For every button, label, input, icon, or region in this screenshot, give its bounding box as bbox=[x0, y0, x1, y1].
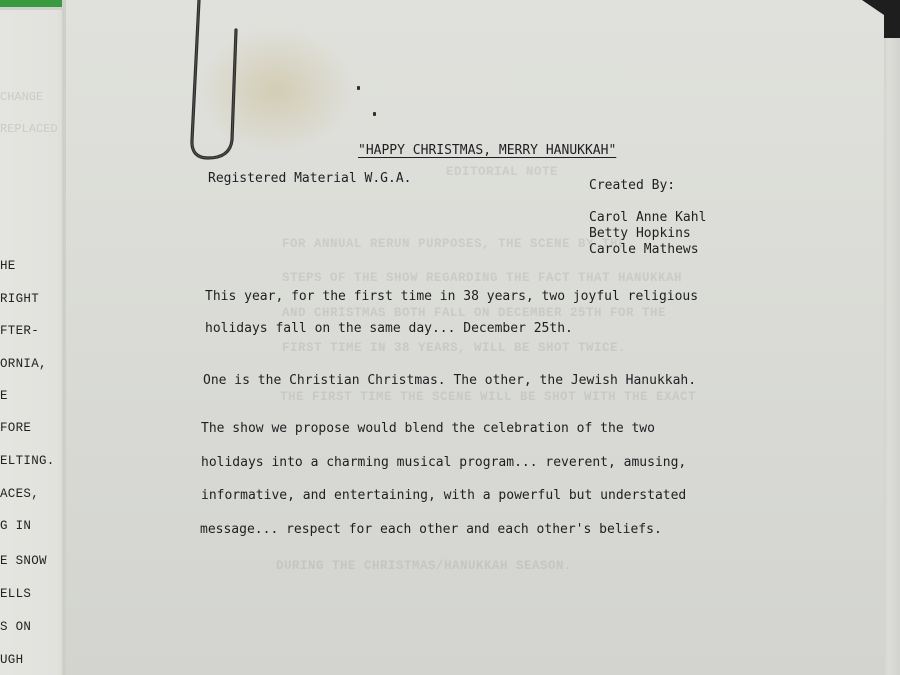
author-name: Carol Anne Kahl bbox=[589, 210, 706, 225]
document-title: "HAPPY CHRISTMAS, MERRY HANUKKAH" bbox=[358, 143, 616, 158]
left-page-line: FTER- bbox=[0, 324, 39, 338]
show-through-line: THE FIRST TIME THE SCENE WILL BE SHOT WI… bbox=[280, 390, 696, 404]
left-page-line: HE bbox=[0, 259, 16, 273]
paper-speck bbox=[373, 112, 376, 116]
paragraph-line: The show we propose would blend the cele… bbox=[201, 421, 655, 436]
paperclip-icon bbox=[186, 0, 246, 165]
paragraph-line: This year, for the first time in 38 year… bbox=[205, 289, 698, 304]
paragraph-line: holidays into a charming musical program… bbox=[201, 455, 686, 470]
left-page-line: UGH bbox=[0, 653, 23, 667]
registration-note: Registered Material W.G.A. bbox=[208, 171, 412, 186]
left-ghost-text: CHANGE bbox=[0, 90, 43, 104]
left-page-line: ELLS bbox=[0, 587, 31, 601]
left-page-line: RIGHT bbox=[0, 292, 39, 306]
left-page-line: ACES, bbox=[0, 487, 39, 501]
paragraph-line: holidays fall on the same day... Decembe… bbox=[205, 321, 573, 336]
show-through-line: AND CHRISTMAS BOTH FALL ON DECEMBER 25TH… bbox=[282, 306, 666, 320]
left-page-line: G IN bbox=[0, 519, 31, 533]
show-through-line: EDITORIAL NOTE bbox=[446, 165, 558, 179]
show-through-line: FIRST TIME IN 38 YEARS, WILL BE SHOT TWI… bbox=[282, 341, 626, 355]
show-through-line: FOR ANNUAL RERUN PURPOSES, THE SCENE BY … bbox=[282, 237, 626, 251]
show-through-line: STEPS OF THE SHOW REGARDING THE FACT THA… bbox=[282, 271, 682, 285]
paragraph-line: message... respect for each other and ea… bbox=[200, 522, 662, 537]
paper-speck bbox=[357, 86, 360, 90]
left-ghost-text: REPLACED bbox=[0, 122, 58, 136]
left-page-line: E SNOW bbox=[0, 554, 47, 568]
created-by-label: Created By: bbox=[589, 178, 675, 193]
left-page-line: S ON bbox=[0, 620, 31, 634]
show-through-line: DURING THE CHRISTMAS/HANUKKAH SEASON. bbox=[276, 559, 572, 573]
author-name: Carole Mathews bbox=[589, 242, 699, 257]
left-page-line: FORE bbox=[0, 421, 31, 435]
left-page-line: ORNIA, bbox=[0, 357, 47, 371]
left-page-line: ELTING. bbox=[0, 454, 55, 468]
author-name: Betty Hopkins bbox=[589, 226, 691, 241]
paragraph-line: informative, and entertaining, with a po… bbox=[201, 488, 686, 503]
left-page-line: E bbox=[0, 389, 8, 403]
paragraph-line: One is the Christian Christmas. The othe… bbox=[203, 373, 696, 388]
